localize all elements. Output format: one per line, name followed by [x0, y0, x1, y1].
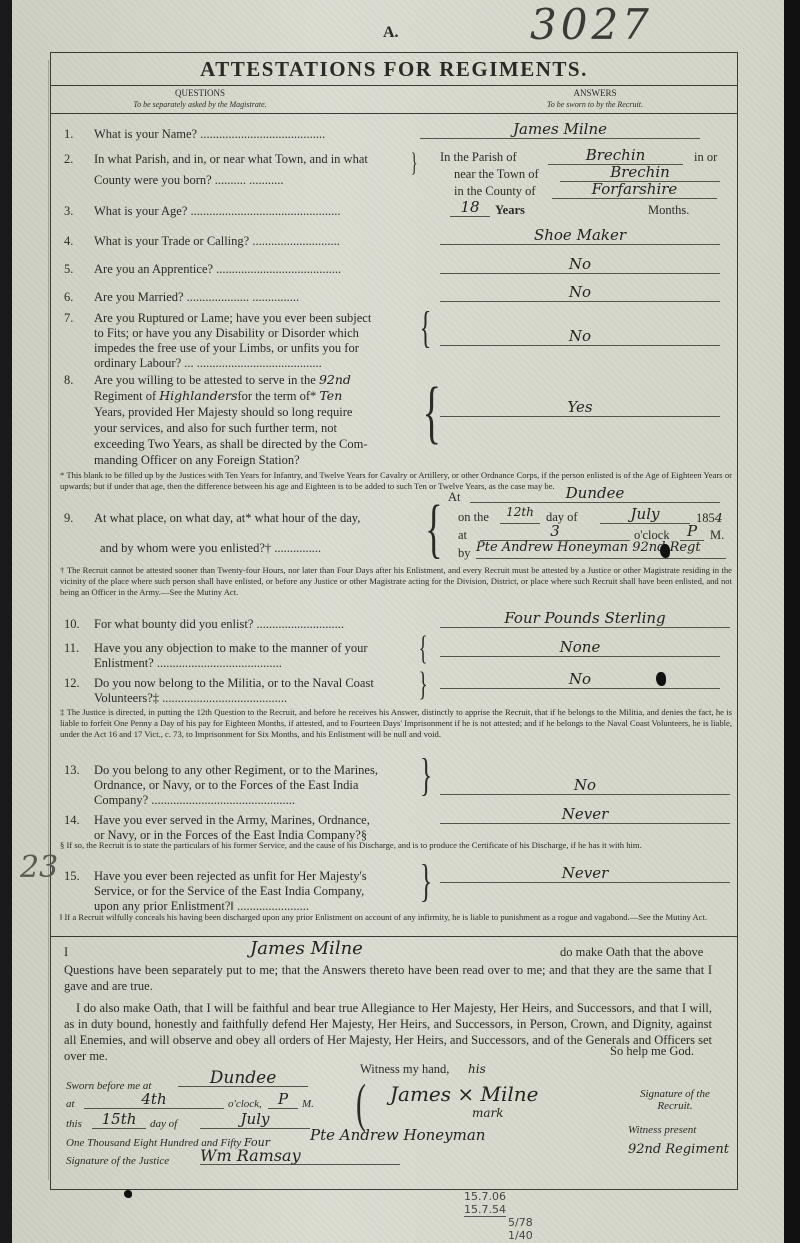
- question-4: 4.What is your Trade or Calling? .......…: [64, 233, 340, 249]
- sworn-place: Dundee: [178, 1068, 308, 1087]
- question-3: 3.What is your Age? ....................…: [64, 203, 341, 219]
- footnote-dagger: † The Recruit cannot be attested sooner …: [60, 565, 732, 598]
- label-this: this: [66, 1118, 82, 1130]
- brace: }: [420, 762, 432, 788]
- label-oclock: o'clock,: [228, 1098, 262, 1110]
- answer-enlisted-by: Pte Andrew Honeyman 92nd Regt: [476, 540, 726, 559]
- answer-militia: No: [440, 670, 720, 689]
- questions-header: QUESTIONS To be separately asked by the …: [90, 88, 310, 110]
- label-parish: In the Parish of: [440, 150, 517, 165]
- brace: {: [425, 496, 442, 562]
- label-town: near the Town of: [454, 167, 539, 182]
- justice-signature: Wm Ramsay: [200, 1146, 400, 1165]
- question-13: 13.Do you belong to any other Regiment, …: [64, 762, 378, 778]
- question-7-line3: impedes the free use of your Limbs, or u…: [94, 340, 359, 356]
- sworn-month: July: [200, 1110, 310, 1129]
- label-at: at: [66, 1098, 75, 1110]
- answer-rejected: Never: [440, 864, 730, 883]
- answer-age: 18: [450, 198, 490, 217]
- question-14: 14.Have you ever served in the Army, Mar…: [64, 812, 370, 828]
- label-recruit-signature: Signature of theRecruit.: [640, 1088, 710, 1112]
- question-8-line4: your services, and also for such further…: [94, 420, 337, 436]
- question-6: 6.Are you Married? .................... …: [64, 289, 299, 305]
- label-justice-signature: Signature of the Justice: [66, 1155, 169, 1167]
- question-12: 12.Do you now belong to the Militia, or …: [64, 675, 374, 691]
- label-witness-present: Witness present: [628, 1124, 696, 1136]
- answers-header: ANSWERS To be sworn to by the Recruit.: [500, 88, 690, 110]
- answer-bounty: Four Pounds Sterling: [440, 609, 730, 628]
- oath-closing: So help me God.: [610, 1044, 694, 1059]
- ink-blot: [656, 672, 666, 686]
- answer-willing: Yes: [440, 398, 720, 417]
- answer-apprentice: No: [440, 255, 720, 274]
- question-7-line4: ordinary Labour? ... ...................…: [94, 355, 322, 371]
- recruit-signature: James × Milne: [390, 1082, 538, 1106]
- question-10: 10.For what bounty did you enlist? .....…: [64, 616, 344, 632]
- sheet-letter: A.: [383, 24, 399, 42]
- question-15-line2: Service, or for the Service of the East …: [94, 883, 364, 899]
- ink-blot: [124, 1190, 132, 1198]
- brace: }: [420, 868, 432, 894]
- label-day-of: day of: [150, 1118, 177, 1130]
- margin-note: 23: [20, 850, 58, 885]
- label-m: M.: [302, 1098, 314, 1110]
- brace: (: [356, 1076, 366, 1130]
- question-2: 2.In what Parish, and in, or near what T…: [64, 151, 368, 167]
- label-years: Years: [495, 203, 525, 218]
- signature-his: his: [468, 1062, 486, 1076]
- witness-my-hand: Witness my hand,: [360, 1062, 449, 1077]
- regiment-name: Highlanders: [159, 388, 237, 403]
- regiment-number: 92nd: [319, 372, 351, 387]
- question-8-line5: exceeding Two Years, as shall be directe…: [94, 436, 367, 452]
- question-8-line3: Years, provided Her Majesty should so lo…: [94, 404, 352, 420]
- footnote-parallel: ‖ If a Recruit wilfully conceals his hav…: [60, 912, 732, 923]
- answers-label: ANSWERS: [500, 88, 690, 99]
- archive-number: 3027: [530, 0, 653, 49]
- question-2-line2: County were you born? .......... .......…: [94, 172, 284, 188]
- answer-enlist-meridian: P: [680, 522, 704, 541]
- answer-married: No: [440, 283, 720, 302]
- answer-other-regiment: No: [440, 776, 730, 795]
- question-5: 5.Are you an Apprentice? ...............…: [64, 261, 341, 277]
- question-15: 15.Have you ever been rejected as unfit …: [64, 868, 367, 884]
- page-edge: [784, 0, 800, 1243]
- label-at-time: at: [458, 528, 467, 543]
- ink-blot: [660, 544, 670, 558]
- brace: {: [419, 636, 428, 662]
- brace: {: [423, 378, 441, 448]
- question-11-line2: Enlistment? ............................…: [94, 655, 282, 671]
- question-8-line6: manding Officer on any Foreign Station?: [94, 452, 300, 468]
- pencil-note: 15.7.54: [464, 1203, 506, 1217]
- oath-line1-tail: do make Oath that the above: [560, 945, 703, 960]
- question-7: 7.Are you Ruptured or Lame; have you eve…: [64, 310, 371, 326]
- answer-served: Never: [440, 805, 730, 824]
- fold-line: [48, 60, 49, 1180]
- pencil-note: 1/40: [508, 1229, 533, 1242]
- question-13-line3: Company? ...............................…: [94, 792, 295, 808]
- signature-mark: mark: [472, 1106, 504, 1120]
- question-8: 8.Are you willing to be attested to serv…: [64, 372, 351, 388]
- pencil-note: 15.7.06: [464, 1190, 506, 1203]
- sworn-day: 15th: [92, 1110, 146, 1129]
- term-years: Ten: [319, 388, 342, 403]
- brace: }: [411, 150, 418, 176]
- label-county: in the County of: [454, 184, 536, 199]
- brace: }: [419, 672, 428, 698]
- question-13-line2: Ordnance, or Navy, or to the Forces of t…: [94, 777, 358, 793]
- question-7-line2: to Fits; or have you any Disability or D…: [94, 325, 359, 341]
- oath-i: I: [64, 945, 68, 960]
- pencil-note: 5/78: [508, 1216, 533, 1229]
- question-11: 11.Have you any objection to make to the…: [64, 640, 368, 656]
- brace: {: [420, 315, 432, 341]
- footnote-double-dagger: ‡ The Justice is directed, in putting th…: [60, 707, 732, 740]
- question-12-line2: Volunteers?‡ ...........................…: [94, 690, 287, 706]
- divider: [50, 113, 738, 114]
- label-by: by: [458, 546, 471, 561]
- oath-text-1: Questions have been separately put to me…: [64, 962, 712, 994]
- question-8-line2: Regiment of Highlandersfor the term of* …: [94, 388, 342, 404]
- question-9: 9.At what place, on what day, at* what h…: [64, 510, 360, 526]
- answer-trade: Shoe Maker: [440, 226, 720, 245]
- answer-name: James Milne: [420, 120, 700, 139]
- answer-county: Forfarshire: [552, 180, 717, 199]
- question-1: 1.What is your Name? ...................…: [64, 126, 325, 142]
- label-months: Months.: [648, 203, 689, 218]
- footnote-section: § If so, the Recruit is to state the par…: [60, 840, 732, 851]
- answer-enlist-hour: 3: [480, 522, 630, 541]
- answer-disability: No: [440, 327, 720, 346]
- witness-regiment: 92nd Regiment: [628, 1142, 729, 1157]
- divider: [50, 936, 738, 937]
- sworn-meridian: P: [268, 1090, 298, 1109]
- form-title: ATTESTATIONS FOR REGIMENTS.: [50, 57, 738, 82]
- label-at: At: [448, 490, 461, 505]
- questions-label: QUESTIONS: [90, 88, 310, 99]
- questions-sublabel: To be separately asked by the Magistrate…: [90, 99, 310, 110]
- answer-objection: None: [440, 638, 720, 657]
- oath-recruit-name: James Milne: [250, 938, 363, 959]
- question-9-line2: and by whom were you enlisted?† ........…: [100, 540, 321, 556]
- divider: [50, 85, 738, 86]
- sworn-hour: 4th: [84, 1090, 224, 1109]
- witness-signature: Pte Andrew Honeyman: [310, 1126, 485, 1144]
- answer-enlist-place: Dundee: [470, 484, 720, 503]
- answers-sublabel: To be sworn to by the Recruit.: [500, 99, 690, 110]
